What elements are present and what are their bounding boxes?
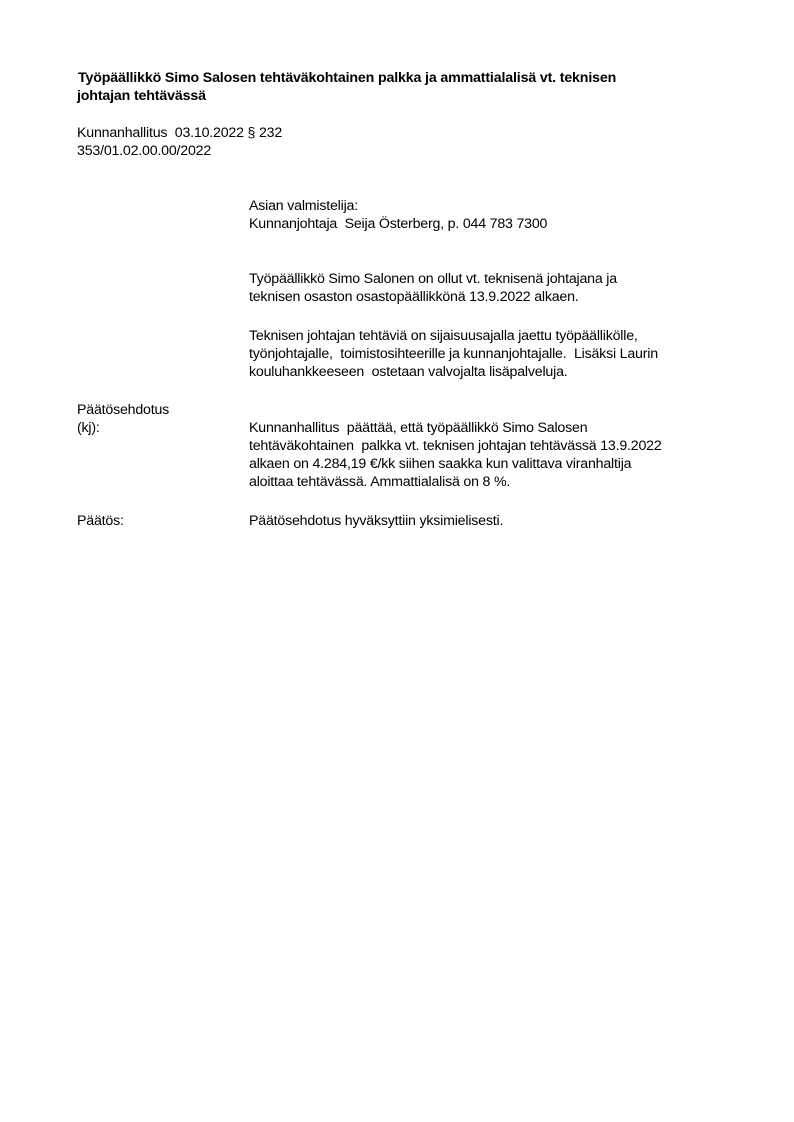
meeting-info: Kunnanhallitus 03.10.2022 § 232 353/01.0… [77, 124, 282, 160]
proposal-label-line-1: Päätösehdotus [77, 401, 169, 419]
paragraph-line: työnjohtajalle, toimistosihteerille ja k… [249, 345, 739, 363]
proposal-line: alkaen on 4.284,19 €/kk siihen saakka ku… [249, 455, 739, 473]
case-number: 353/01.02.00.00/2022 [77, 142, 282, 160]
proposal-line: aloittaa tehtävässä. Ammattialalisä on 8… [249, 473, 739, 491]
paragraph-1: Työpäällikkö Simo Salonen on ollut vt. t… [249, 270, 739, 306]
preparer-label: Asian valmistelija: [249, 197, 739, 215]
meeting-reference: Kunnanhallitus 03.10.2022 § 232 [77, 124, 282, 142]
proposal-label-line-2: (kj): [77, 419, 100, 437]
document-title: Työpäällikkö Simo Salosen tehtäväkohtain… [78, 69, 738, 105]
proposal-line: tehtäväkohtainen palkka vt. teknisen joh… [249, 437, 739, 455]
decision-label: Päätös: [77, 512, 124, 530]
paragraph-2: Teknisen johtajan tehtäviä on sijaisuusa… [249, 327, 739, 381]
paragraph-line: Työpäällikkö Simo Salonen on ollut vt. t… [249, 270, 739, 288]
preparer-block: Asian valmistelija: Kunnanjohtaja Seija … [249, 197, 739, 233]
decision-text-block: Päätösehdotus hyväksyttiin yksimielisest… [249, 512, 739, 530]
paragraph-line: Teknisen johtajan tehtäviä on sijaisuusa… [249, 327, 739, 345]
title-line-2: johtajan tehtävässä [77, 87, 738, 105]
paragraph-line: kouluhankkeeseen ostetaan valvojalta lis… [249, 363, 739, 381]
decision-text: Päätösehdotus hyväksyttiin yksimielisest… [249, 512, 739, 530]
preparer-value: Kunnanjohtaja Seija Österberg, p. 044 78… [249, 215, 739, 233]
proposal-line: Kunnanhallitus päättää, että työpäällikk… [249, 419, 739, 437]
title-line-1: Työpäällikkö Simo Salosen tehtäväkohtain… [78, 70, 616, 86]
proposal-text: Kunnanhallitus päättää, että työpäällikk… [249, 419, 739, 491]
paragraph-line: teknisen osaston osastopäällikkönä 13.9.… [249, 288, 739, 306]
